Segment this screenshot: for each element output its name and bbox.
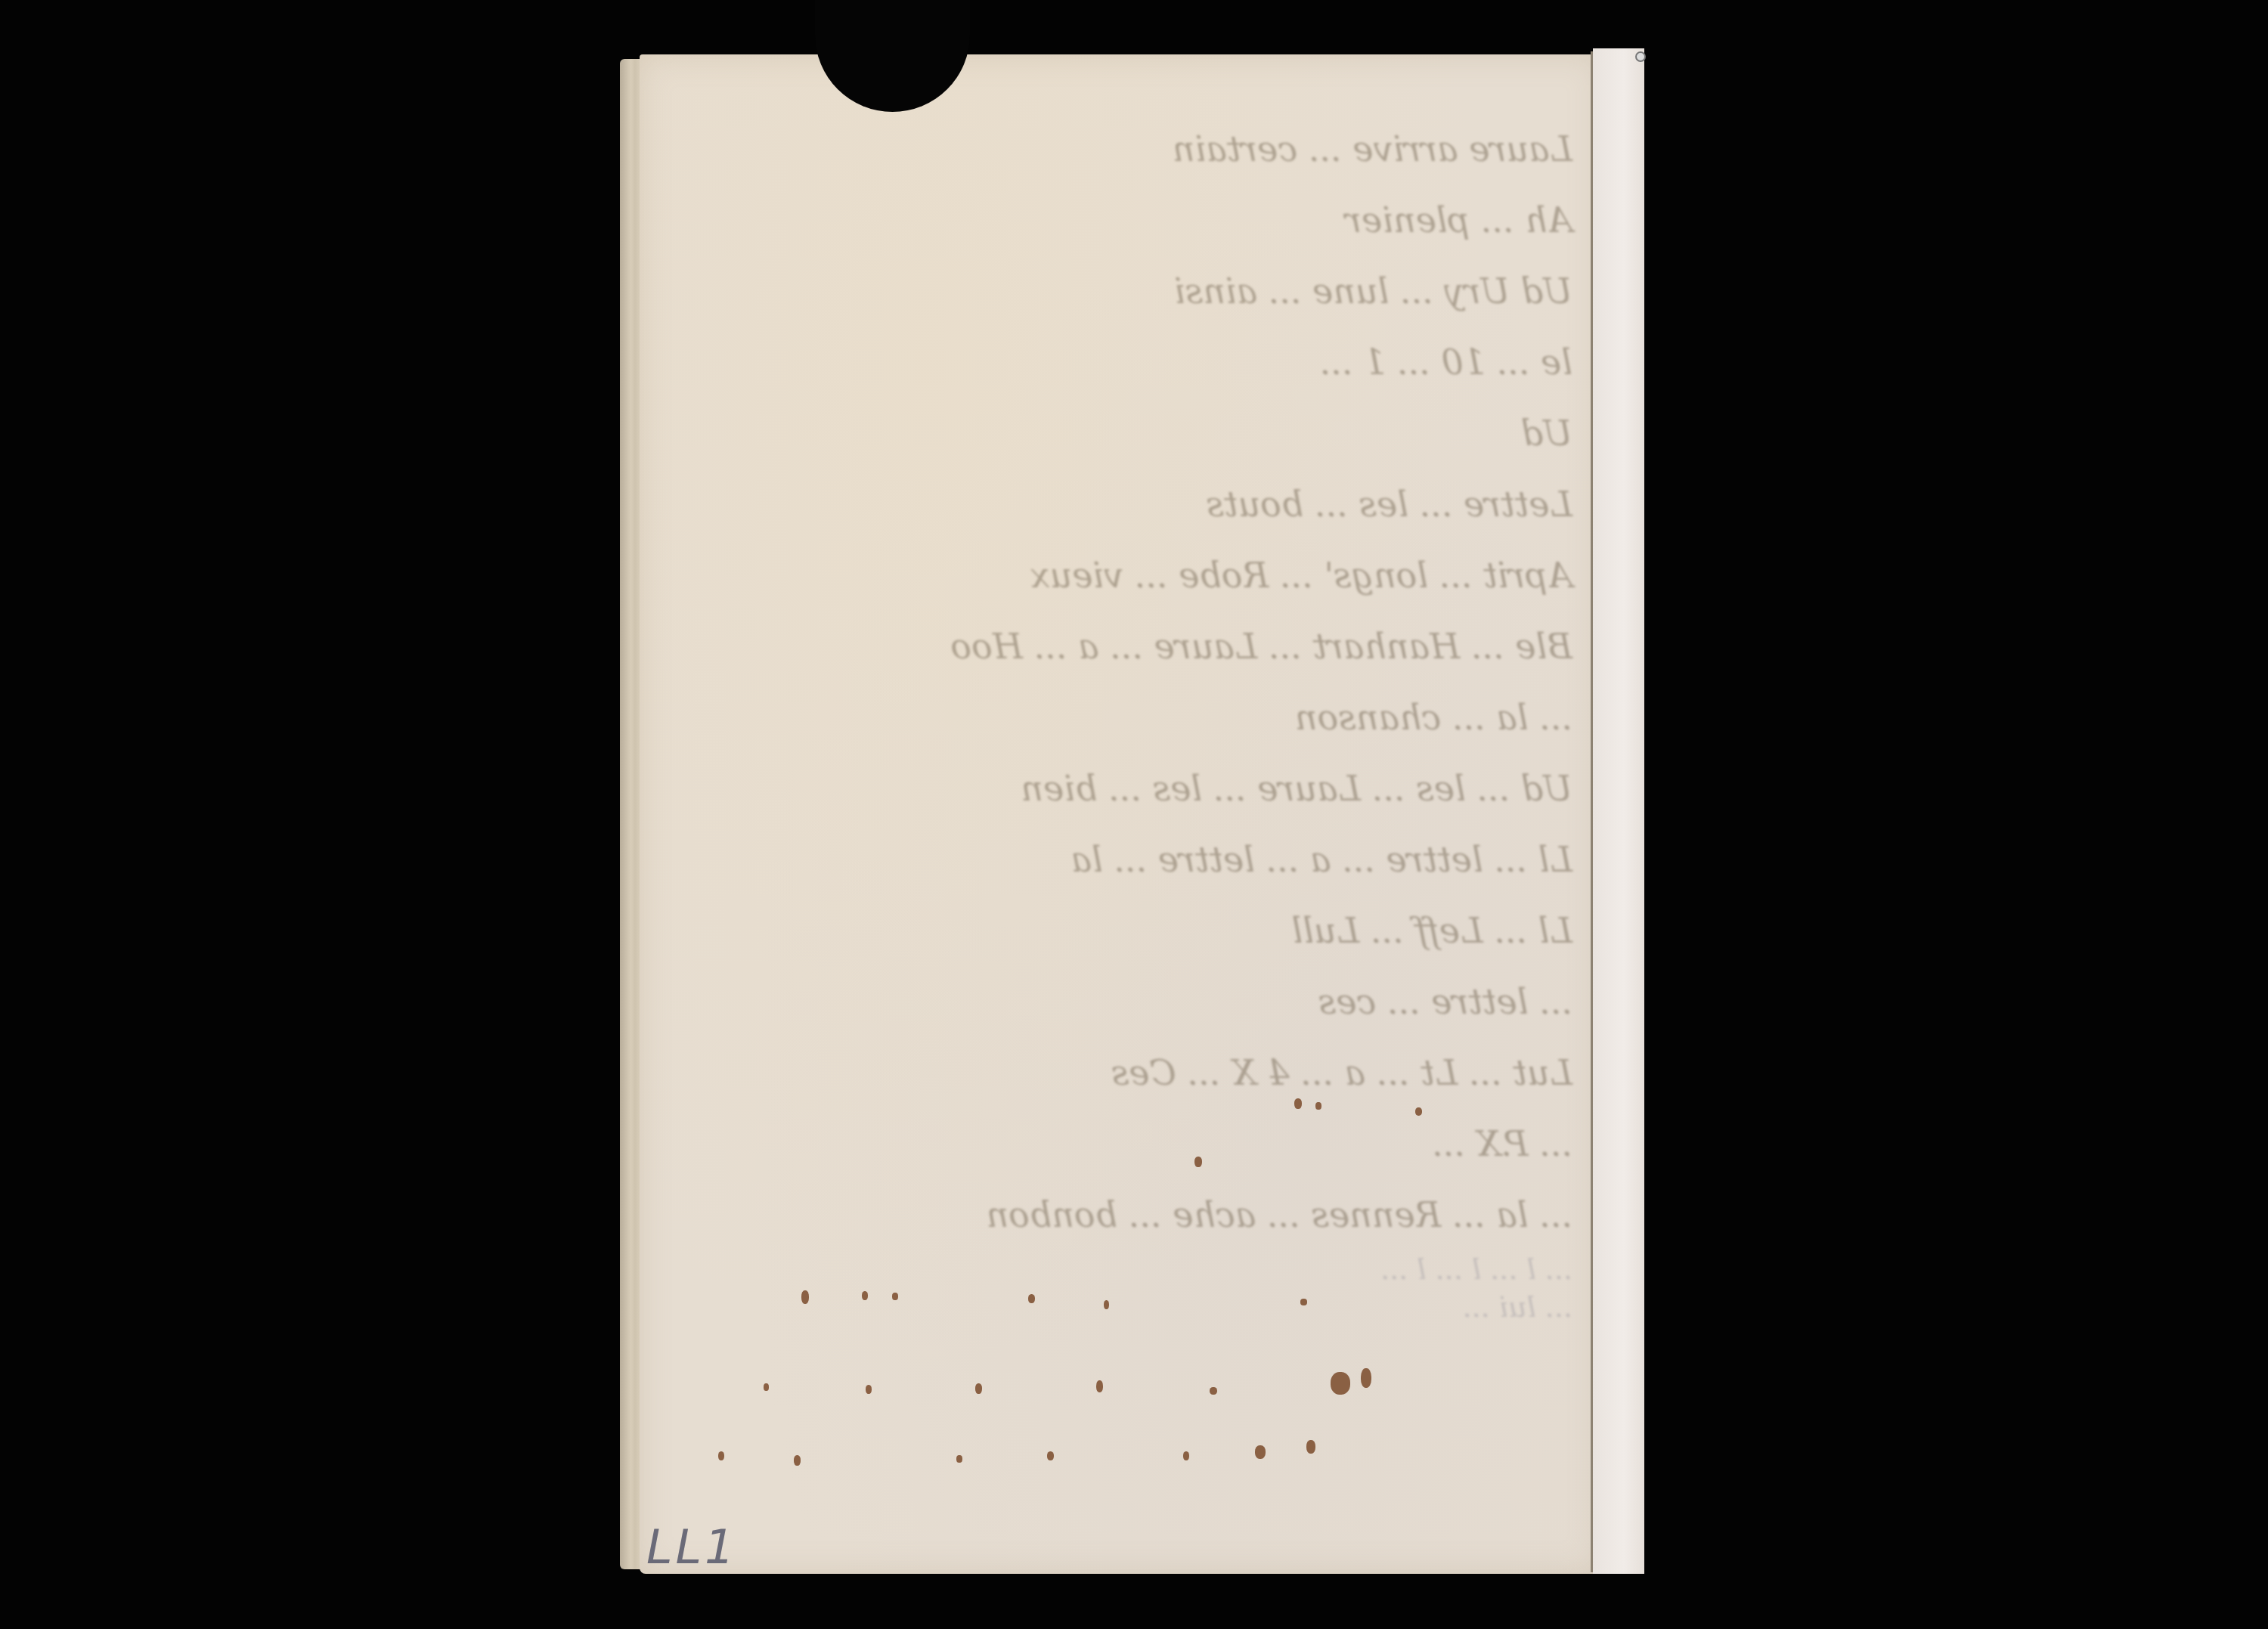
handwriting-line: Lut ... Lt ... a ... 4 X ... Ces — [680, 1037, 1572, 1108]
handwriting-line: Ble ... Hanhart ... Laure ... a ... Hoo — [680, 611, 1572, 682]
handwriting-line: Aprit ... longs' ... Robe ... vieux — [680, 540, 1572, 611]
handwriting-line: Laure arrive ... certain — [680, 113, 1572, 184]
handwriting-line: ... lettre ... ces — [680, 966, 1572, 1037]
handwriting-line: Ll ... Leff ... Lull — [680, 895, 1572, 966]
bleed-through-handwriting: Laure arrive ... certain Ah ... plenier … — [680, 113, 1572, 1326]
handwriting-line: ... l ... l ... l ... — [680, 1250, 1572, 1288]
handwriting-line: Lettre ... les ... bouts — [680, 469, 1572, 540]
handwriting-line: ... la ... chanson — [680, 682, 1572, 753]
handwriting-line: Ah ... plenier — [680, 184, 1572, 255]
handwriting-line: ... lui ... — [680, 1288, 1572, 1326]
handwriting-line: Ud Ury ... lune ... ainsi — [680, 255, 1572, 327]
handwriting-line: ... la ... Rennes ... ache ... bonbon — [680, 1179, 1572, 1250]
handwriting-line: ... P.X ... — [680, 1108, 1572, 1179]
handwriting-line: Ll ... lettre ... a ... lettre ... la — [680, 824, 1572, 895]
handwriting-line: Ud — [680, 398, 1572, 469]
handwriting-line: Ud ... les ... Laure ... les ... bien — [680, 753, 1572, 824]
page-number: LL1 — [646, 1519, 738, 1575]
pin-hole-icon — [1635, 51, 1646, 62]
handwriting-line: le ... 10 ... 1 ... — [680, 327, 1572, 398]
adjacent-page-strip — [1593, 48, 1644, 1574]
